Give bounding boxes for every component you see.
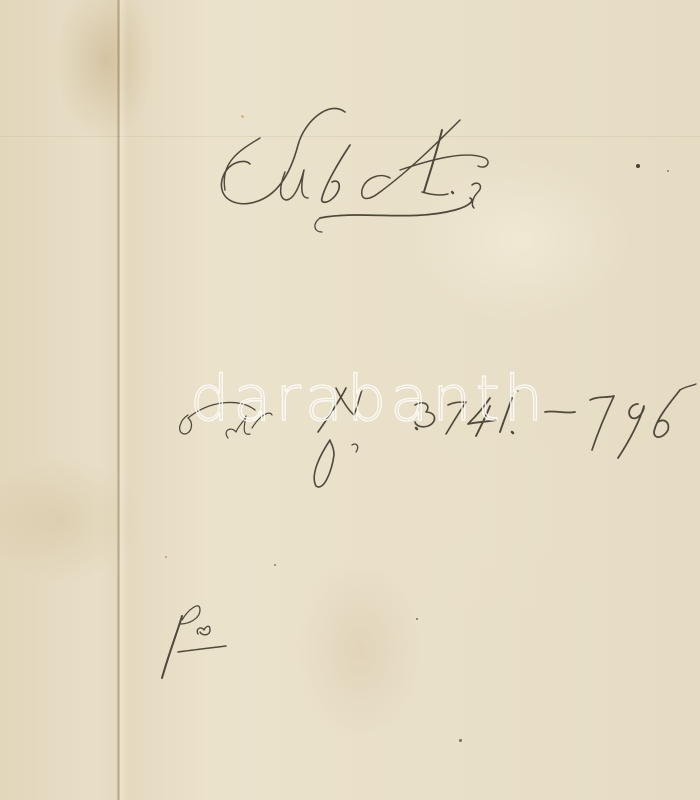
reference-script [160,360,700,500]
ink-speck [459,739,462,742]
ink-speck [274,564,276,566]
heading-script [200,100,500,240]
fold-edge-highlight [120,0,128,800]
ink-speck [416,618,418,620]
ink-speck [636,164,640,168]
ink-speck [667,170,669,172]
ink-speck [165,556,167,558]
marginal-note-script [140,590,260,690]
